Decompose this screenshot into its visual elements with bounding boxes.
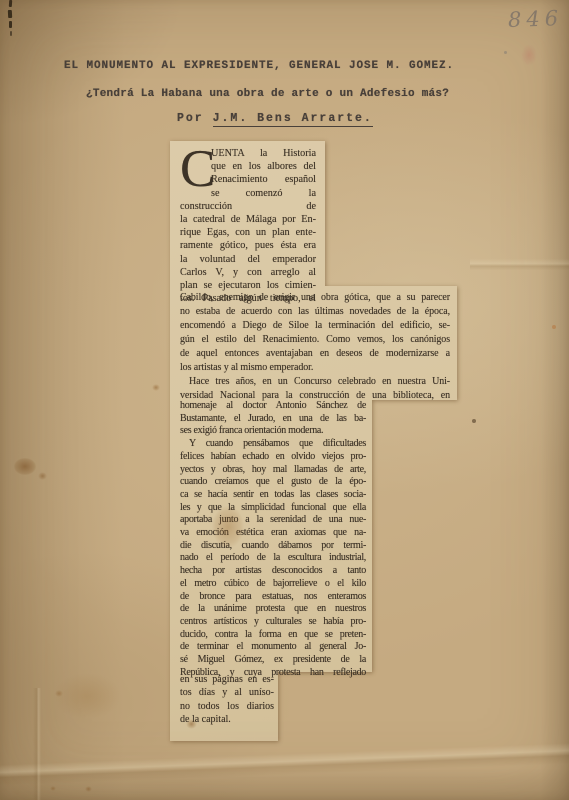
clipping-line: la catedral de Málaga por En- [180, 213, 316, 226]
byline-author: J.M. Bens Arrarte. [213, 112, 373, 127]
speck [472, 419, 476, 423]
clipping-line: el metro cúbico de bajorrelieve o el kil… [180, 578, 366, 591]
stain [52, 672, 122, 720]
byline: Por J.M. Bens Arrarte. [177, 112, 373, 125]
paper-crease [470, 255, 569, 273]
clipping-line: encomendó a Diego de Siloe la terminació… [180, 319, 450, 333]
clipping-line: de la unánime protesta que en nuestros [180, 603, 366, 616]
clipping-paragraph-wide: Cabildo, enemigo de erigir una obra góti… [170, 286, 457, 403]
clipping-line: nado el período de la escultura industri… [180, 552, 366, 565]
clipping-paragraph-end: en sus páginas en es-tos días y al uníso… [170, 673, 278, 727]
stain [38, 472, 47, 480]
stain [85, 786, 92, 792]
paper-crease [0, 730, 569, 795]
clipping-line: Bustamante, el Jurado, en una de las ba- [180, 413, 366, 426]
binding-mark [8, 10, 12, 18]
stain [55, 690, 63, 697]
clipping-line: gún el estilo del Renacimiento. Como vem… [180, 333, 450, 347]
stain [50, 786, 56, 791]
clipping-line: hecha por artistas desconocidos a tanto [180, 565, 366, 578]
stain [14, 458, 36, 475]
clipping-line: aportaba junto a la serenidad de una nue… [180, 514, 366, 527]
clipping-line: ses exigió franca orientación moderna. [180, 425, 366, 438]
clipping-line: no estaba de acuerdo con las últimas nov… [180, 305, 450, 319]
clipping-line: Hace tres años, en un Concurso celebrado… [180, 375, 450, 389]
binding-mark [9, 0, 12, 7]
clipping-line: de la capital. [180, 713, 274, 726]
clipping-line: de bronce para estatuas, nos enteramos [180, 591, 366, 604]
clipping-line: cuando creíamos que el gusto de la épo- [180, 476, 366, 489]
clipping-paragraph-medium: homenaje al doctor Antonio Sánchez deBus… [170, 398, 372, 679]
clipping-line: ducido, contra la forma en que se preten… [180, 629, 366, 642]
clipping-line: sé Miguel Gómez, ex presidente de la [180, 654, 366, 667]
clipping-line: les y que la simplicidad funcional que e… [180, 502, 366, 515]
clipping-line: centros artísticos y culturales se había… [180, 616, 366, 629]
clipping-paragraph-intro: C UENTA la Historiaque en los albores de… [170, 141, 325, 305]
clipping-line: rique Egas, con un plan ente- [180, 226, 316, 239]
stain [521, 44, 537, 66]
clipping-line: yectos y obras, hoy mal llamadas de arte… [180, 464, 366, 477]
clipping-line: felices habían echado en olvido viejos p… [180, 451, 366, 464]
clipping-line: Carlos V, y con arreglo al [180, 266, 316, 279]
clipping-line: ca se hacía sentir en todas las clases s… [180, 489, 366, 502]
scanned-document-page: 846 EL MONUMENTO AL EXPRESIDENTE, GENERA… [0, 0, 569, 800]
stain [152, 384, 160, 391]
clipping-line: die discutía, cuando dábamos por termi- [180, 540, 366, 553]
clipping-line: de aquel entonces aventajaban en deseos … [180, 347, 450, 361]
clipping-line: los artistas y al mismo emperador. [180, 361, 450, 375]
page-number-annotation: 846 [508, 6, 564, 32]
clipping-line: homenaje al doctor Antonio Sánchez de [180, 400, 366, 413]
clipping-line: no todos los diarios [180, 700, 274, 713]
clipping-line: de terminar el monumento al general Jo- [180, 641, 366, 654]
clipping-line: ramente gótico, pues ésta era [180, 239, 316, 252]
speck [552, 325, 556, 329]
binding-mark [9, 21, 12, 28]
clipping-line: en sus páginas en es- [180, 673, 274, 686]
clipping-line: Y cuando pensábamos que dificultades [180, 438, 366, 451]
clipping-line: la voluntad del emperador [180, 253, 316, 266]
document-title: EL MONUMENTO AL EXPRESIDENTE, GENERAL JO… [64, 60, 454, 72]
paper-crease [33, 688, 41, 800]
document-subtitle: ¿Tendrá La Habana una obra de arte o un … [86, 88, 449, 100]
byline-prefix: Por [177, 112, 213, 125]
drop-cap: C [180, 149, 207, 189]
binding-mark [10, 31, 12, 36]
clipping-line: Cabildo, enemigo de erigir una obra góti… [180, 291, 450, 305]
pencil-dot [504, 51, 507, 54]
clipping-line: va emoción estética eran axiomas que na- [180, 527, 366, 540]
clipping-line: tos días y al uníso- [180, 686, 274, 699]
